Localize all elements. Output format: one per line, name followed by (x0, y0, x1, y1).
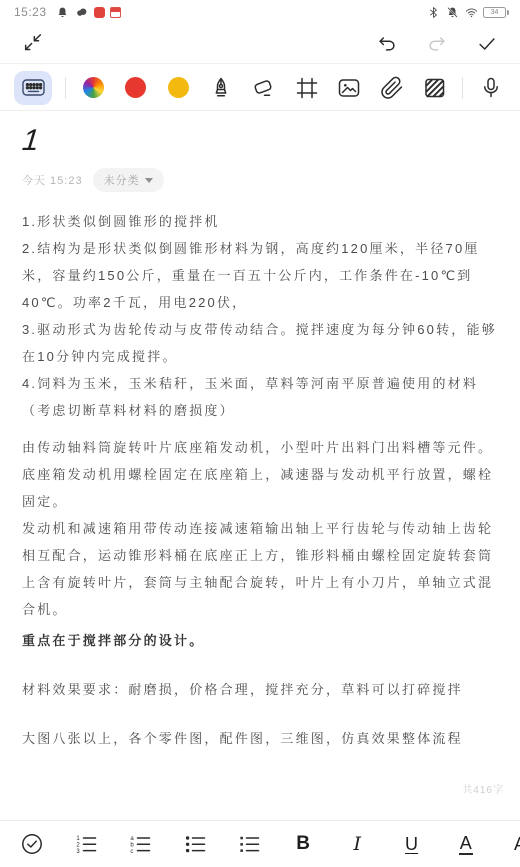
lettered-list-icon[interactable]: abc (126, 830, 154, 858)
image-icon[interactable] (334, 73, 364, 103)
note-editor[interactable]: 1 今天 15:23 未分类 1.形状类似倒圆锥形的搅拌机 2.结构为是形状类似… (0, 112, 520, 820)
note-paragraph[interactable]: 4.饲料为玉米，玉米秸秆，玉米面，草料等河南平原普遍使用的材料（考虑切断草料材料… (22, 370, 498, 424)
status-bar: 15:23 34 (0, 0, 520, 24)
note-body[interactable]: 1.形状类似倒圆锥形的搅拌机 2.结构为是形状类似倒圆锥形材料为钢，高度约120… (22, 208, 498, 752)
note-title[interactable]: 1 (20, 124, 500, 164)
paperclip-icon[interactable] (377, 73, 407, 103)
nav-actions (374, 31, 500, 57)
underline-icon[interactable]: U (398, 830, 426, 858)
note-meta: 今天 15:23 未分类 (22, 168, 498, 192)
edit-toolbar (0, 65, 520, 111)
square-bullet-list-icon[interactable] (235, 830, 263, 858)
status-right: 34 (426, 5, 506, 19)
note-paragraph[interactable]: 底座箱发动机用螺栓固定在底座箱上，减速器与发动机平行放置，螺栓固定。 (22, 461, 498, 515)
notes-app-screen: 15:23 34 (0, 0, 520, 867)
svg-text:1: 1 (77, 836, 81, 842)
clock: 15:23 (14, 5, 47, 19)
category-selector[interactable]: 未分类 (93, 168, 164, 192)
svg-text:3: 3 (77, 849, 81, 855)
text-color-label: A (459, 834, 473, 855)
color-wheel-icon[interactable] (78, 73, 108, 103)
italic-label: I (354, 833, 362, 855)
yellow-color-dot[interactable] (164, 73, 194, 103)
wifi-icon (464, 5, 478, 19)
red-app-icon (94, 7, 105, 18)
italic-icon[interactable]: I (343, 830, 371, 858)
keyboard-icon[interactable] (14, 71, 52, 105)
undo-icon[interactable] (374, 31, 400, 57)
note-paragraph[interactable]: 材料效果要求：耐磨损，价格合理，搅拌充分，草料可以打碎搅拌 (22, 676, 498, 703)
microphone-icon[interactable] (476, 73, 506, 103)
nav-bar (0, 24, 520, 64)
bullet-list-icon[interactable] (181, 830, 209, 858)
redo-icon[interactable] (424, 31, 450, 57)
chat-icon (75, 5, 89, 19)
svg-text:c: c (131, 849, 134, 855)
frame-icon[interactable] (292, 73, 322, 103)
note-paragraph[interactable]: 3.驱动形式为齿轮传动与皮带传动结合。搅拌速度为每分钟60转，能够在10分钟内完… (22, 316, 498, 370)
underline-label: U (405, 834, 418, 855)
note-paragraph[interactable]: 2.结构为是形状类似倒圆锥形材料为钢，高度约120厘米，半径70厘米，容量约15… (22, 235, 498, 316)
pen-icon[interactable] (206, 73, 236, 103)
text-color-icon[interactable]: A (452, 830, 480, 858)
svg-text:a: a (131, 836, 135, 842)
note-paragraph-bold[interactable]: 重点在于搅拌部分的设计。 (22, 627, 498, 654)
svg-text:2: 2 (77, 842, 81, 848)
chevron-down-icon (145, 178, 153, 183)
battery-icon: 34 (483, 7, 506, 18)
note-paragraph[interactable]: 大图八张以上，各个零件图，配件图，三维图，仿真效果整体流程 (22, 725, 498, 752)
status-left: 15:23 (14, 5, 121, 19)
format-bar: 123 abc B I U A A (0, 820, 520, 867)
collapse-icon[interactable] (20, 31, 46, 57)
eraser-icon[interactable] (249, 73, 279, 103)
done-check-icon[interactable] (474, 31, 500, 57)
note-date: 今天 15:23 (22, 172, 83, 188)
toolbar-separator (65, 77, 66, 99)
checklist-icon[interactable] (18, 830, 46, 858)
note-paragraph[interactable]: 发动机和减速箱用带传动连接减速箱输出轴上平行齿轮与传动轴上齿轮相互配合，运动锥形… (22, 515, 498, 623)
font-size-label: A (514, 834, 520, 855)
numbered-list-icon[interactable]: 123 (72, 830, 100, 858)
bold-label: B (296, 833, 310, 855)
notifications-muted-icon (445, 5, 459, 19)
bold-icon[interactable]: B (289, 830, 317, 858)
svg-text:b: b (131, 842, 135, 848)
pattern-icon[interactable] (420, 73, 450, 103)
bluetooth-icon (426, 5, 440, 19)
note-paragraph[interactable]: 1.形状类似倒圆锥形的搅拌机 (22, 208, 498, 235)
category-label: 未分类 (104, 172, 140, 188)
word-count: 共416字 (462, 781, 504, 796)
mail-app-icon (110, 7, 121, 18)
note-paragraph[interactable]: 由传动轴料筒旋转叶片底座箱发动机，小型叶片出料门出料槽等元件。 (22, 434, 498, 461)
battery-percent: 34 (491, 9, 499, 16)
red-color-dot[interactable] (121, 73, 151, 103)
font-size-icon[interactable]: A (506, 830, 520, 858)
toolbar-separator (462, 77, 463, 99)
bell-icon (56, 5, 70, 19)
